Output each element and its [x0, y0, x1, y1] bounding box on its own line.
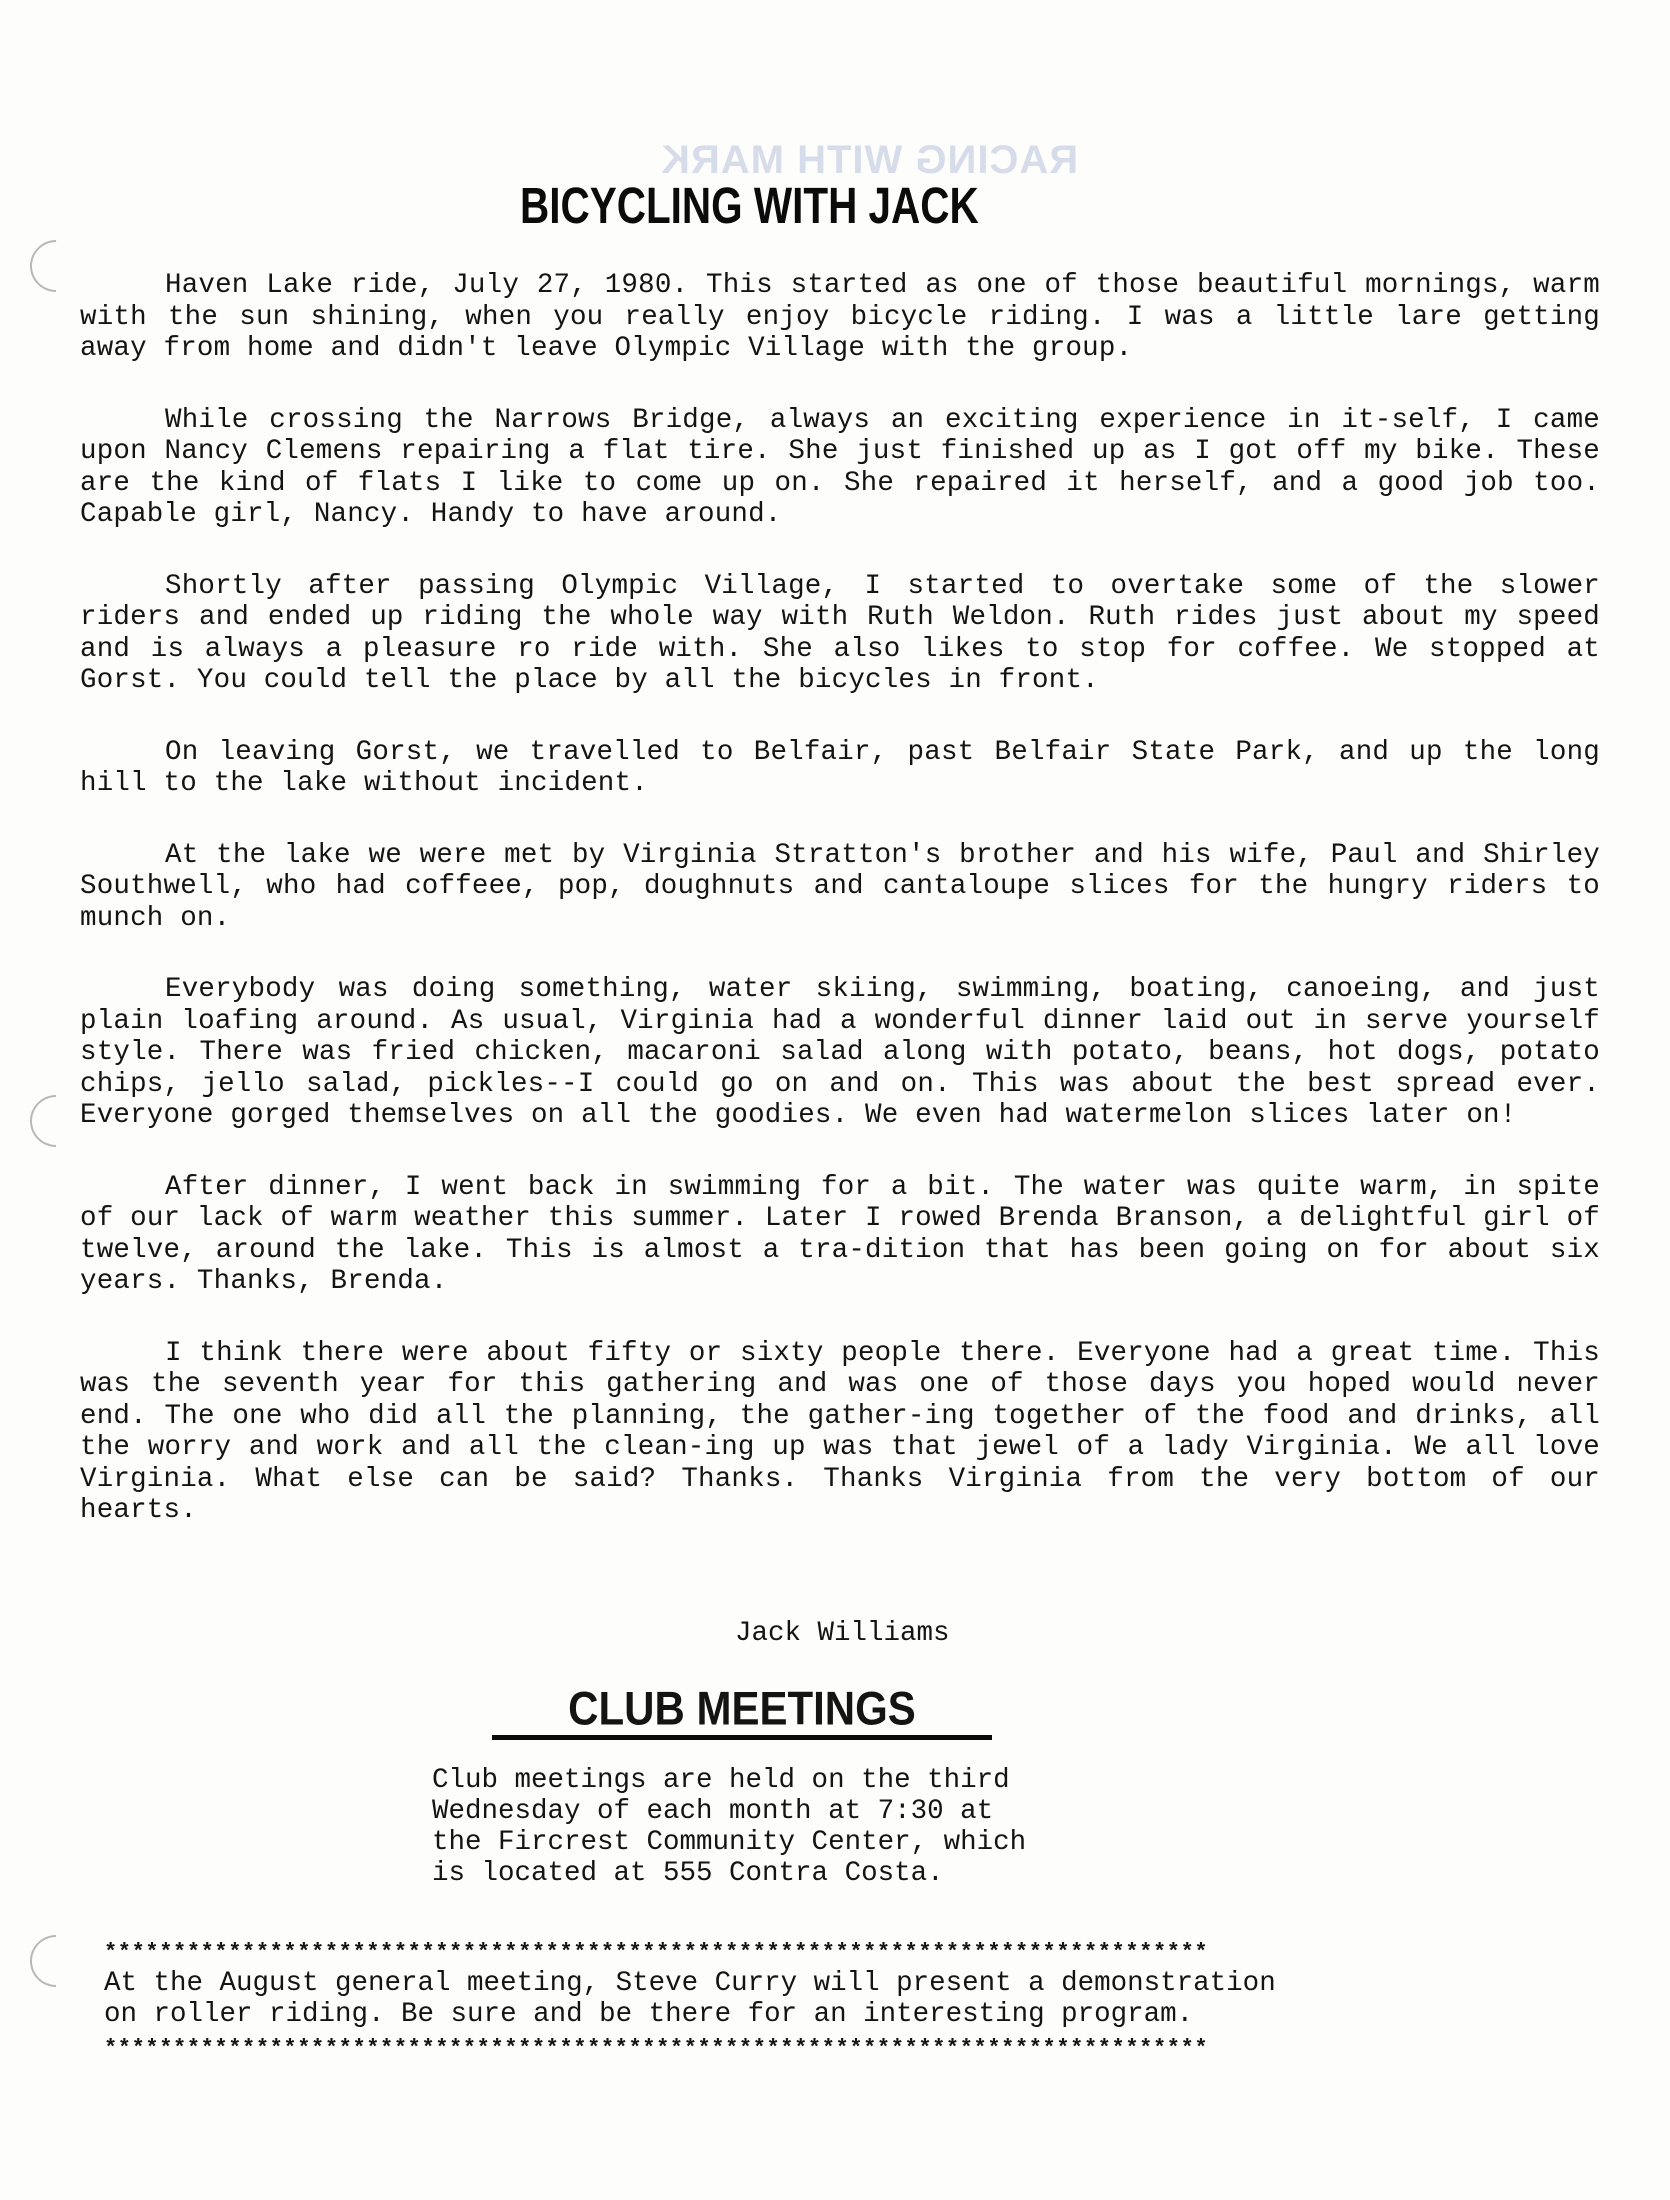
notice-divider-bottom: ****************************************…	[104, 2036, 1504, 2061]
article-paragraph: Everybody was doing something, water ski…	[80, 974, 1600, 1132]
article-paragraph: On leaving Gorst, we travelled to Belfai…	[80, 737, 1600, 800]
club-meetings-body: Club meetings are held on the third Wedn…	[432, 1765, 1132, 1889]
notice-line: At the August general meeting, Steve Cur…	[104, 1968, 1524, 1999]
notice-box: At the August general meeting, Steve Cur…	[104, 1968, 1524, 2030]
club-meetings-line: Club meetings are held on the third	[432, 1765, 1132, 1796]
club-meetings-underline	[492, 1735, 992, 1740]
notice-divider-top: ****************************************…	[104, 1940, 1504, 1965]
club-meetings-title: CLUB MEETINGS	[492, 1682, 992, 1736]
hole-punch-bottom	[19, 1924, 93, 1998]
bleed-through-heading: RACING WITH MARK	[660, 138, 1078, 183]
article-signature: Jack Williams	[735, 1618, 950, 1649]
article-paragraph: Haven Lake ride, July 27, 1980. This sta…	[80, 270, 1600, 365]
article-paragraph: Shortly after passing Olympic Village, I…	[80, 571, 1600, 697]
article-paragraph: After dinner, I went back in swimming fo…	[80, 1172, 1600, 1298]
article-paragraph: While crossing the Narrows Bridge, alway…	[80, 405, 1600, 531]
club-meetings-line: the Fircrest Community Center, which	[432, 1827, 1132, 1858]
article-title: BICYCLING WITH JACK	[520, 178, 979, 236]
article-paragraph: At the lake we were met by Virginia Stra…	[80, 840, 1600, 935]
club-meetings-line: is located at 555 Contra Costa.	[432, 1858, 1132, 1889]
club-meetings-line: Wednesday of each month at 7:30 at	[432, 1796, 1132, 1827]
notice-line: on roller riding. Be sure and be there f…	[104, 1999, 1524, 2030]
article-paragraph: I think there were about fifty or sixty …	[80, 1338, 1600, 1527]
article-body: Haven Lake ride, July 27, 1980. This sta…	[80, 270, 1600, 1567]
